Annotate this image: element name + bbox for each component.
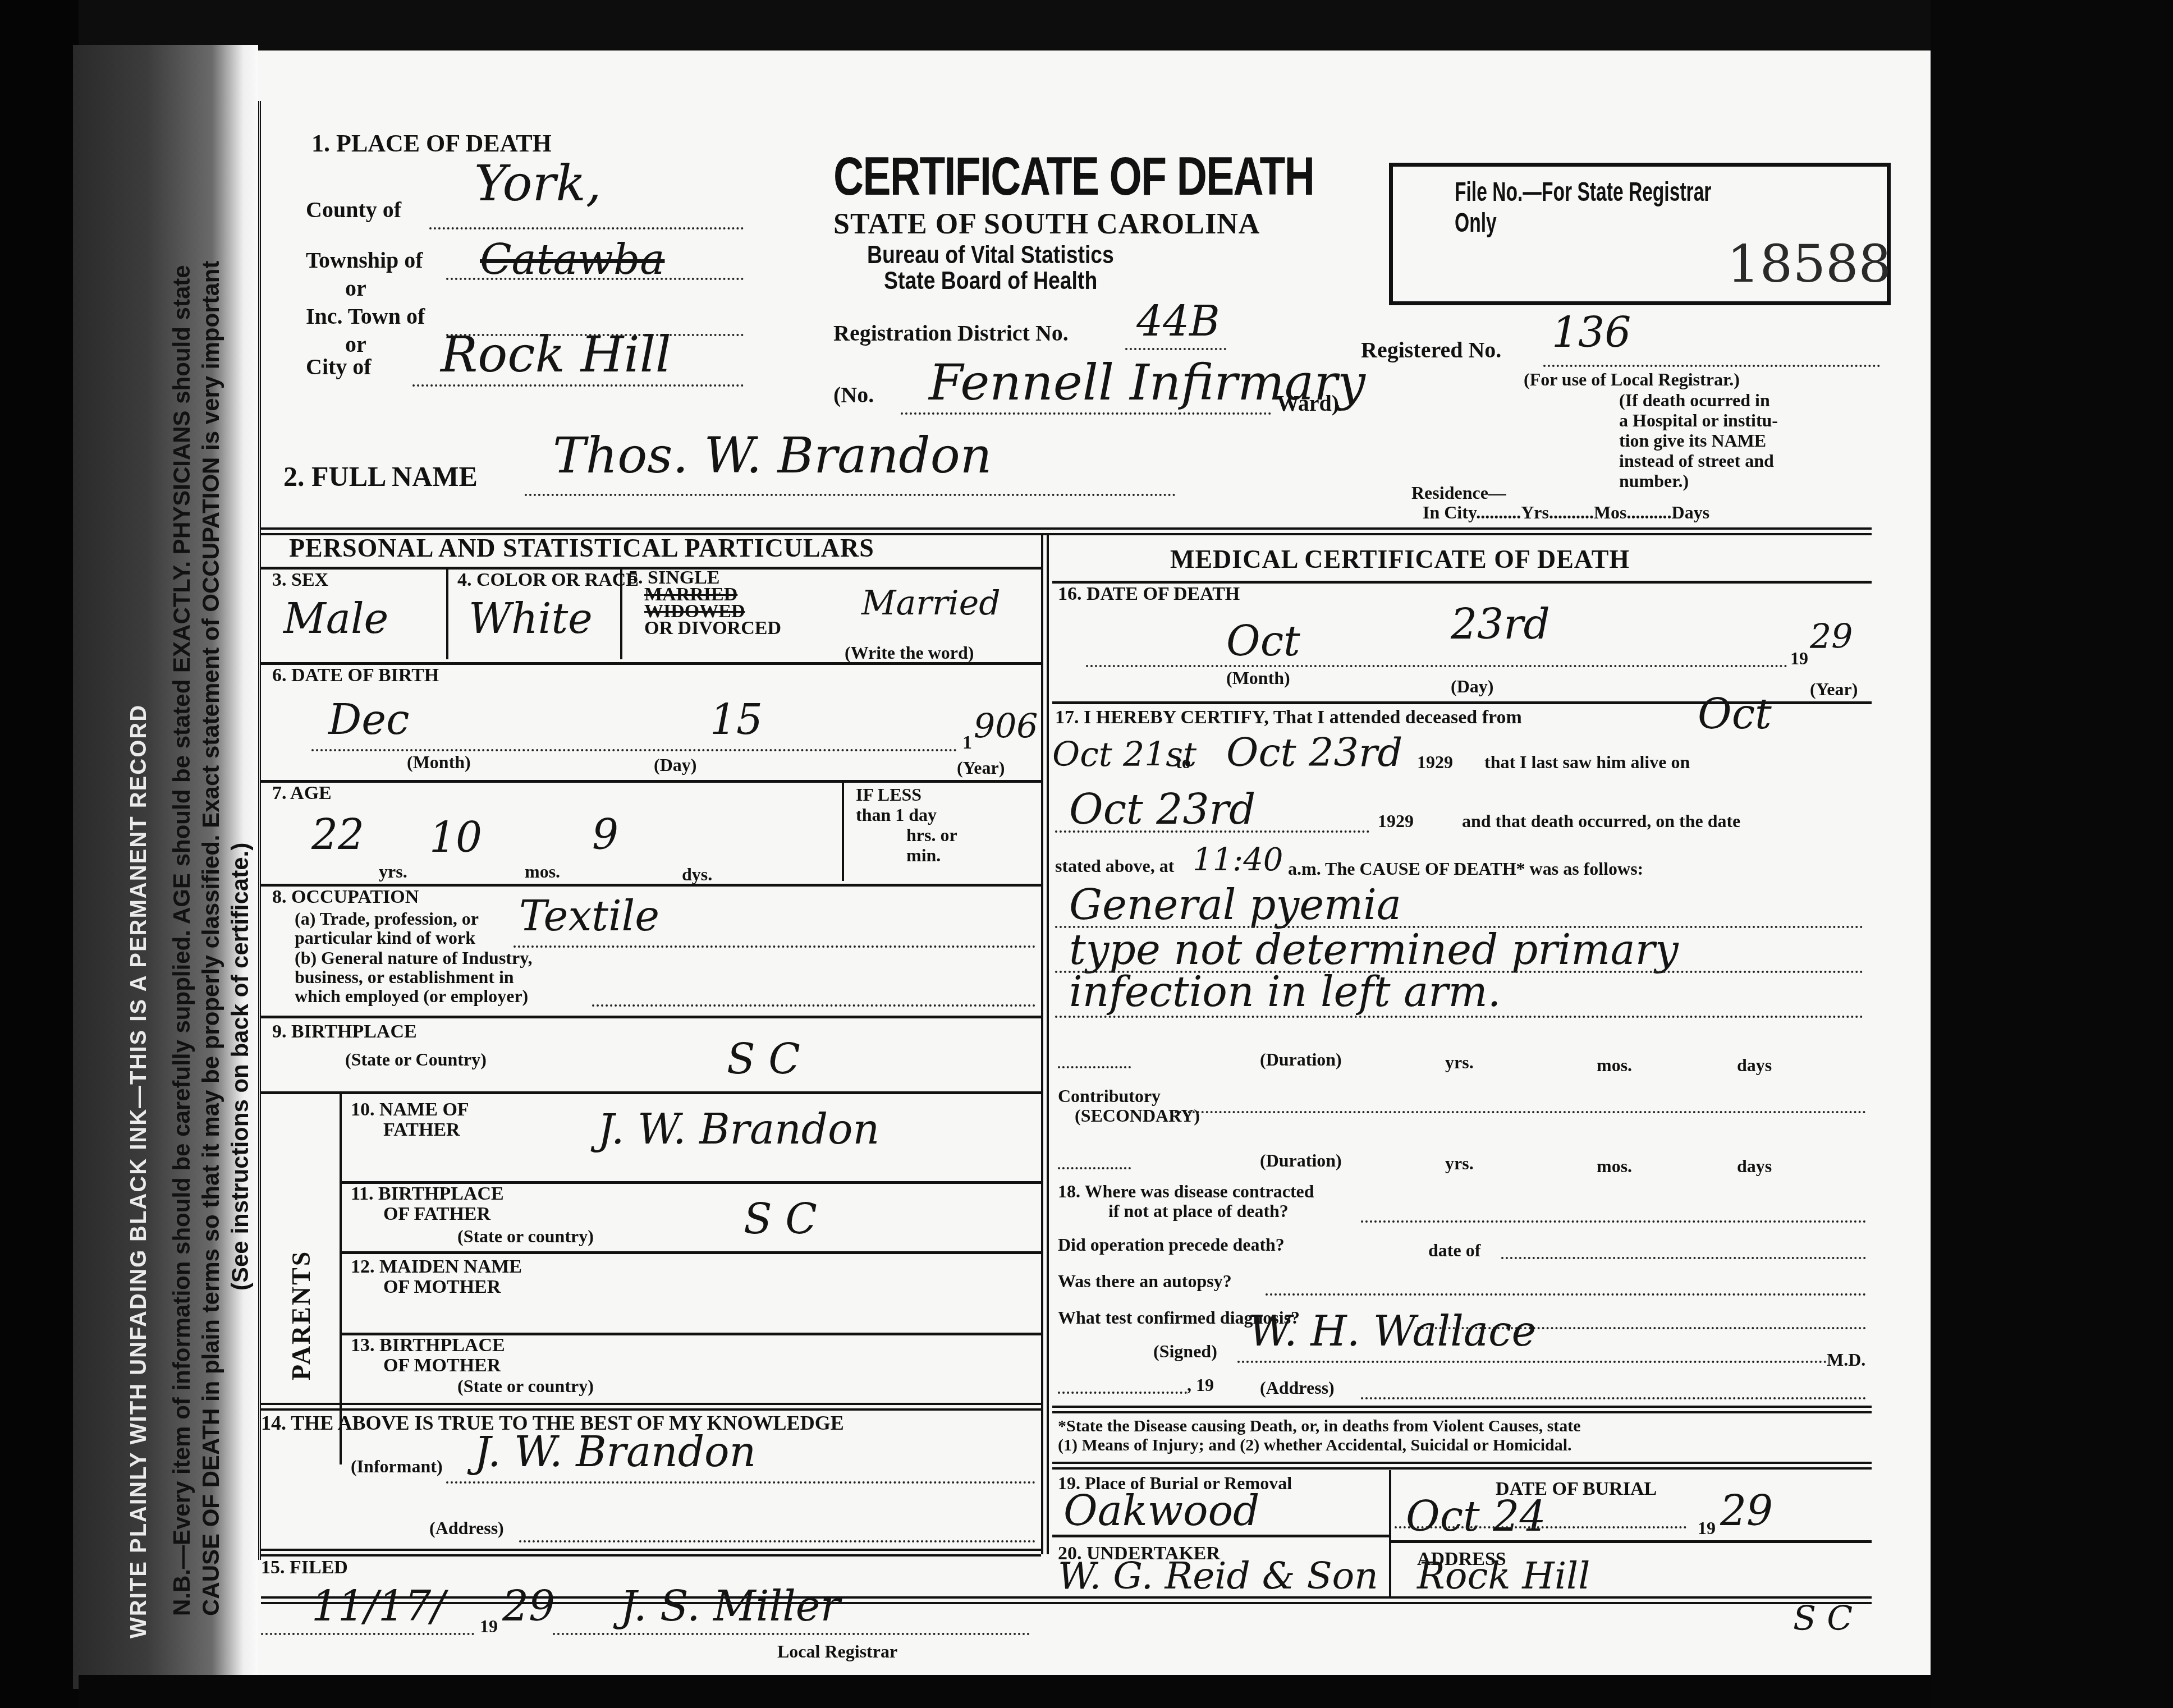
district-label: Registration District No. xyxy=(833,320,1069,346)
informant-address-label: (Address) xyxy=(429,1518,504,1539)
duration-days-2: days xyxy=(1737,1156,1772,1177)
duration-yrs-2: yrs. xyxy=(1445,1153,1474,1174)
city-label: City of xyxy=(306,353,372,380)
ward-label: Ward) xyxy=(1277,390,1339,416)
death-certificate-form: 1. PLACE OF DEATH County of York, Townsh… xyxy=(258,101,1860,1560)
county-label: County of xyxy=(306,196,401,223)
dod-month[interactable]: Oct xyxy=(1226,617,1300,665)
duration-mos: mos. xyxy=(1597,1055,1632,1076)
sex-value[interactable]: Male xyxy=(283,595,388,643)
bureau-name: Bureau of Vital Statistics xyxy=(867,241,1114,269)
city-value[interactable]: Rock Hill xyxy=(441,325,671,383)
burial-year-prefix: 19 xyxy=(1698,1518,1716,1539)
burial-year[interactable]: 29 xyxy=(1720,1487,1773,1535)
margin-nb-line3: (See instructions on back of certificate… xyxy=(227,843,254,1291)
sign-year-prefix: , 19 xyxy=(1187,1375,1214,1395)
age-label: 7. AGE xyxy=(272,783,332,804)
physician-address-label: (Address) xyxy=(1260,1378,1335,1398)
stated-above-label: stated above, at xyxy=(1055,856,1174,876)
cause-line-3[interactable]: infection in left arm. xyxy=(1069,968,1501,1016)
file-box-label: File No.—For State Registrar Only xyxy=(1455,177,1757,238)
last-saw-year: 1929 xyxy=(1378,811,1414,832)
q18-line-2: if not at place of death? xyxy=(1108,1201,1289,1222)
marital-hint: (Write the word) xyxy=(845,642,974,663)
dob-day[interactable]: 15 xyxy=(710,696,763,744)
filed-label: 15. FILED xyxy=(261,1557,348,1578)
mother-birthplace-label: 13. BIRTHPLACEOF MOTHER xyxy=(351,1335,505,1376)
cause-of-death-label: a.m. The CAUSE OF DEATH* was as follows: xyxy=(1288,858,1643,879)
dod-label: 16. DATE OF DEATH xyxy=(1058,584,1240,605)
personal-heading: PERSONAL AND STATISTICAL PARTICULARS xyxy=(289,533,874,563)
hospital-note: (If death ocurred in a Hospital or insti… xyxy=(1619,390,1778,491)
age-days[interactable]: 9 xyxy=(592,811,618,859)
year-caption: (Year) xyxy=(957,757,1005,778)
local-registrar-label: Local Registrar xyxy=(777,1641,897,1662)
cause-line-2[interactable]: type not determined primary xyxy=(1069,926,1679,974)
occupation-label: 8. OCCUPATION xyxy=(272,887,419,908)
age-months[interactable]: 10 xyxy=(429,814,482,862)
month-caption: (Month) xyxy=(407,752,471,773)
board-name: State Board of Health xyxy=(884,267,1097,295)
scan-border-left xyxy=(0,0,79,1708)
undertaker-value[interactable]: W. G. Reid & Son xyxy=(1058,1554,1378,1597)
if-less-than-day: IF LESS than 1 day hrs. or min. xyxy=(856,784,957,865)
registered-label: Registered No. xyxy=(1361,337,1501,363)
birthplace-hint: (State or Country) xyxy=(345,1049,487,1070)
attended-to[interactable]: Oct 23rd xyxy=(1226,729,1402,775)
duration-yrs: yrs. xyxy=(1445,1052,1474,1073)
scan-border-bottom xyxy=(79,1675,1942,1708)
duration-days: days xyxy=(1737,1055,1772,1076)
attended-from[interactable]: Oct 21st xyxy=(1052,735,1196,774)
race-value[interactable]: White xyxy=(469,595,593,643)
birthplace-value[interactable]: S C xyxy=(727,1035,800,1083)
father-birthplace-value[interactable]: S C xyxy=(744,1195,817,1243)
contributory-label: Contributory xyxy=(1058,1086,1161,1106)
margin-nb-line1: N.B.—Every item of information should be… xyxy=(168,265,195,1616)
autopsy-question: Was there an autopsy? xyxy=(1058,1271,1232,1292)
attended-from-month[interactable]: Oct xyxy=(1698,690,1772,738)
mother-name-label: 12. MAIDEN NAMEOF MOTHER xyxy=(351,1257,522,1297)
father-birthplace-label: 11. BIRTHPLACEOF FATHER xyxy=(351,1184,504,1224)
place-of-death-heading: 1. PLACE OF DEATH xyxy=(311,129,552,158)
county-value[interactable]: York, xyxy=(474,154,602,212)
or-label: or xyxy=(345,275,366,301)
dys-caption: dys. xyxy=(682,864,712,885)
hospital-no-label: (No. xyxy=(833,382,874,408)
last-saw-text: that I last saw him alive on xyxy=(1484,752,1690,773)
occupation-a-value[interactable]: Textile xyxy=(519,892,659,940)
scan-border-right xyxy=(1931,0,2173,1708)
dod-day[interactable]: 23rd xyxy=(1451,600,1550,649)
cause-footnote: *State the Disease causing Death, or, in… xyxy=(1058,1417,1581,1455)
file-number-box: File No.—For State Registrar Only 18588 xyxy=(1389,163,1891,305)
district-value[interactable]: 44B xyxy=(1136,297,1220,346)
duration-label-2: (Duration) xyxy=(1260,1150,1342,1171)
physician-signature[interactable]: W. H. Wallace xyxy=(1249,1307,1536,1356)
medical-heading: MEDICAL CERTIFICATE OF DEATH xyxy=(1170,544,1630,574)
father-name-label: 10. NAME OFFATHER xyxy=(351,1100,469,1140)
race-label: 4. COLOR OR RACE xyxy=(457,570,639,591)
last-saw-date[interactable]: Oct 23rd xyxy=(1069,786,1255,834)
file-number: 18588 xyxy=(1727,234,1891,294)
township-value[interactable]: Catawba xyxy=(480,236,664,284)
residence-label: Residence— xyxy=(1411,483,1506,503)
operation-question: Did operation precede death? xyxy=(1058,1234,1285,1255)
secondary-label: (SECONDARY) xyxy=(1075,1105,1200,1126)
dod-year[interactable]: 29 xyxy=(1810,617,1853,656)
certify-line-1: 17. I HEREBY CERTIFY, That I attended de… xyxy=(1055,707,1522,728)
registered-value[interactable]: 136 xyxy=(1552,309,1631,357)
time-of-death[interactable]: 11:40 xyxy=(1193,842,1283,878)
operation-date-label: date of xyxy=(1428,1240,1480,1261)
undertaker-address-state[interactable]: S C xyxy=(1793,1599,1853,1638)
dob-month[interactable]: Dec xyxy=(328,696,410,744)
yrs-caption: yrs. xyxy=(379,861,407,882)
father-name-value[interactable]: J. W. Brandon xyxy=(598,1105,879,1154)
occupation-a-label: (a) Trade, profession, orparticular kind… xyxy=(295,909,479,947)
state-name: STATE OF SOUTH CAROLINA xyxy=(833,208,1260,241)
local-registrar-signature[interactable]: J. S. Miller xyxy=(620,1582,840,1631)
signed-label: (Signed) xyxy=(1153,1341,1217,1362)
informant-value[interactable]: J. W. Brandon xyxy=(474,1428,756,1476)
father-birthplace-hint: (State or country) xyxy=(457,1226,594,1247)
filed-date[interactable]: 11/17/ xyxy=(311,1582,445,1631)
cause-line-1[interactable]: General pyemia xyxy=(1069,881,1401,929)
to-year: 1929 xyxy=(1417,752,1453,773)
sex-label: 3. SEX xyxy=(272,570,328,591)
margin-nb-line2: CAUSE OF DEATH in plain terms so that it… xyxy=(198,260,224,1616)
duration-mos-2: mos. xyxy=(1597,1156,1632,1177)
burial-date-value[interactable]: Oct 24 xyxy=(1406,1493,1546,1541)
duration-label-1: (Duration) xyxy=(1260,1049,1342,1070)
filed-year-prefix: 19 xyxy=(480,1616,498,1637)
to-label: to xyxy=(1176,752,1191,773)
birthplace-label: 9. BIRTHPLACE xyxy=(272,1021,417,1043)
local-registrar-note: (For use of Local Registrar.) xyxy=(1524,369,1740,390)
mos-caption: mos. xyxy=(525,861,560,882)
dod-year-prefix: 19 xyxy=(1790,648,1808,669)
full-name-value[interactable]: Thos. W. Brandon xyxy=(553,426,992,484)
day-caption: (Day) xyxy=(654,755,696,775)
q18-line-1: 18. Where was disease contracted xyxy=(1058,1181,1314,1202)
town-label: Inc. Town of xyxy=(306,303,425,329)
mother-birthplace-hint: (State or country) xyxy=(457,1376,594,1397)
certificate-title: CERTIFICATE OF DEATH xyxy=(833,146,1314,208)
burial-place-value[interactable]: Oakwood xyxy=(1063,1487,1259,1535)
dod-year-caption: (Year) xyxy=(1810,679,1858,700)
marital-status-value[interactable]: Married xyxy=(861,584,1001,623)
dob-year-prefix: 1 xyxy=(962,732,972,754)
undertaker-address-value[interactable]: Rock Hill xyxy=(1417,1554,1590,1597)
margin-ink-notice: WRITE PLAINLY WITH UNFADING BLACK INK—TH… xyxy=(126,704,152,1638)
death-occurred-text: and that death occurred, on the date xyxy=(1462,811,1740,832)
informant-label: (Informant) xyxy=(351,1456,443,1477)
dod-month-caption: (Month) xyxy=(1226,668,1290,688)
full-name-label: 2. FULL NAME xyxy=(283,460,478,493)
township-label: Township of xyxy=(306,247,423,273)
dob-year[interactable]: 906 xyxy=(974,707,1038,746)
marital-status-labels: 5. SINGLE MARRIED WIDOWED OR DIVORCED xyxy=(629,570,781,637)
parents-side-label: PARENTS xyxy=(286,1250,316,1380)
occupation-b-label: (b) General nature of Industry,business,… xyxy=(295,948,532,1005)
dob-label: 6. DATE OF BIRTH xyxy=(272,665,439,686)
dod-day-caption: (Day) xyxy=(1451,676,1493,697)
filed-year[interactable]: 29 xyxy=(502,1582,555,1631)
age-years[interactable]: 22 xyxy=(311,811,364,859)
md-label: M.D. xyxy=(1827,1349,1865,1370)
residence-in-city: In City..........Yrs..........Mos.......… xyxy=(1423,502,1709,523)
